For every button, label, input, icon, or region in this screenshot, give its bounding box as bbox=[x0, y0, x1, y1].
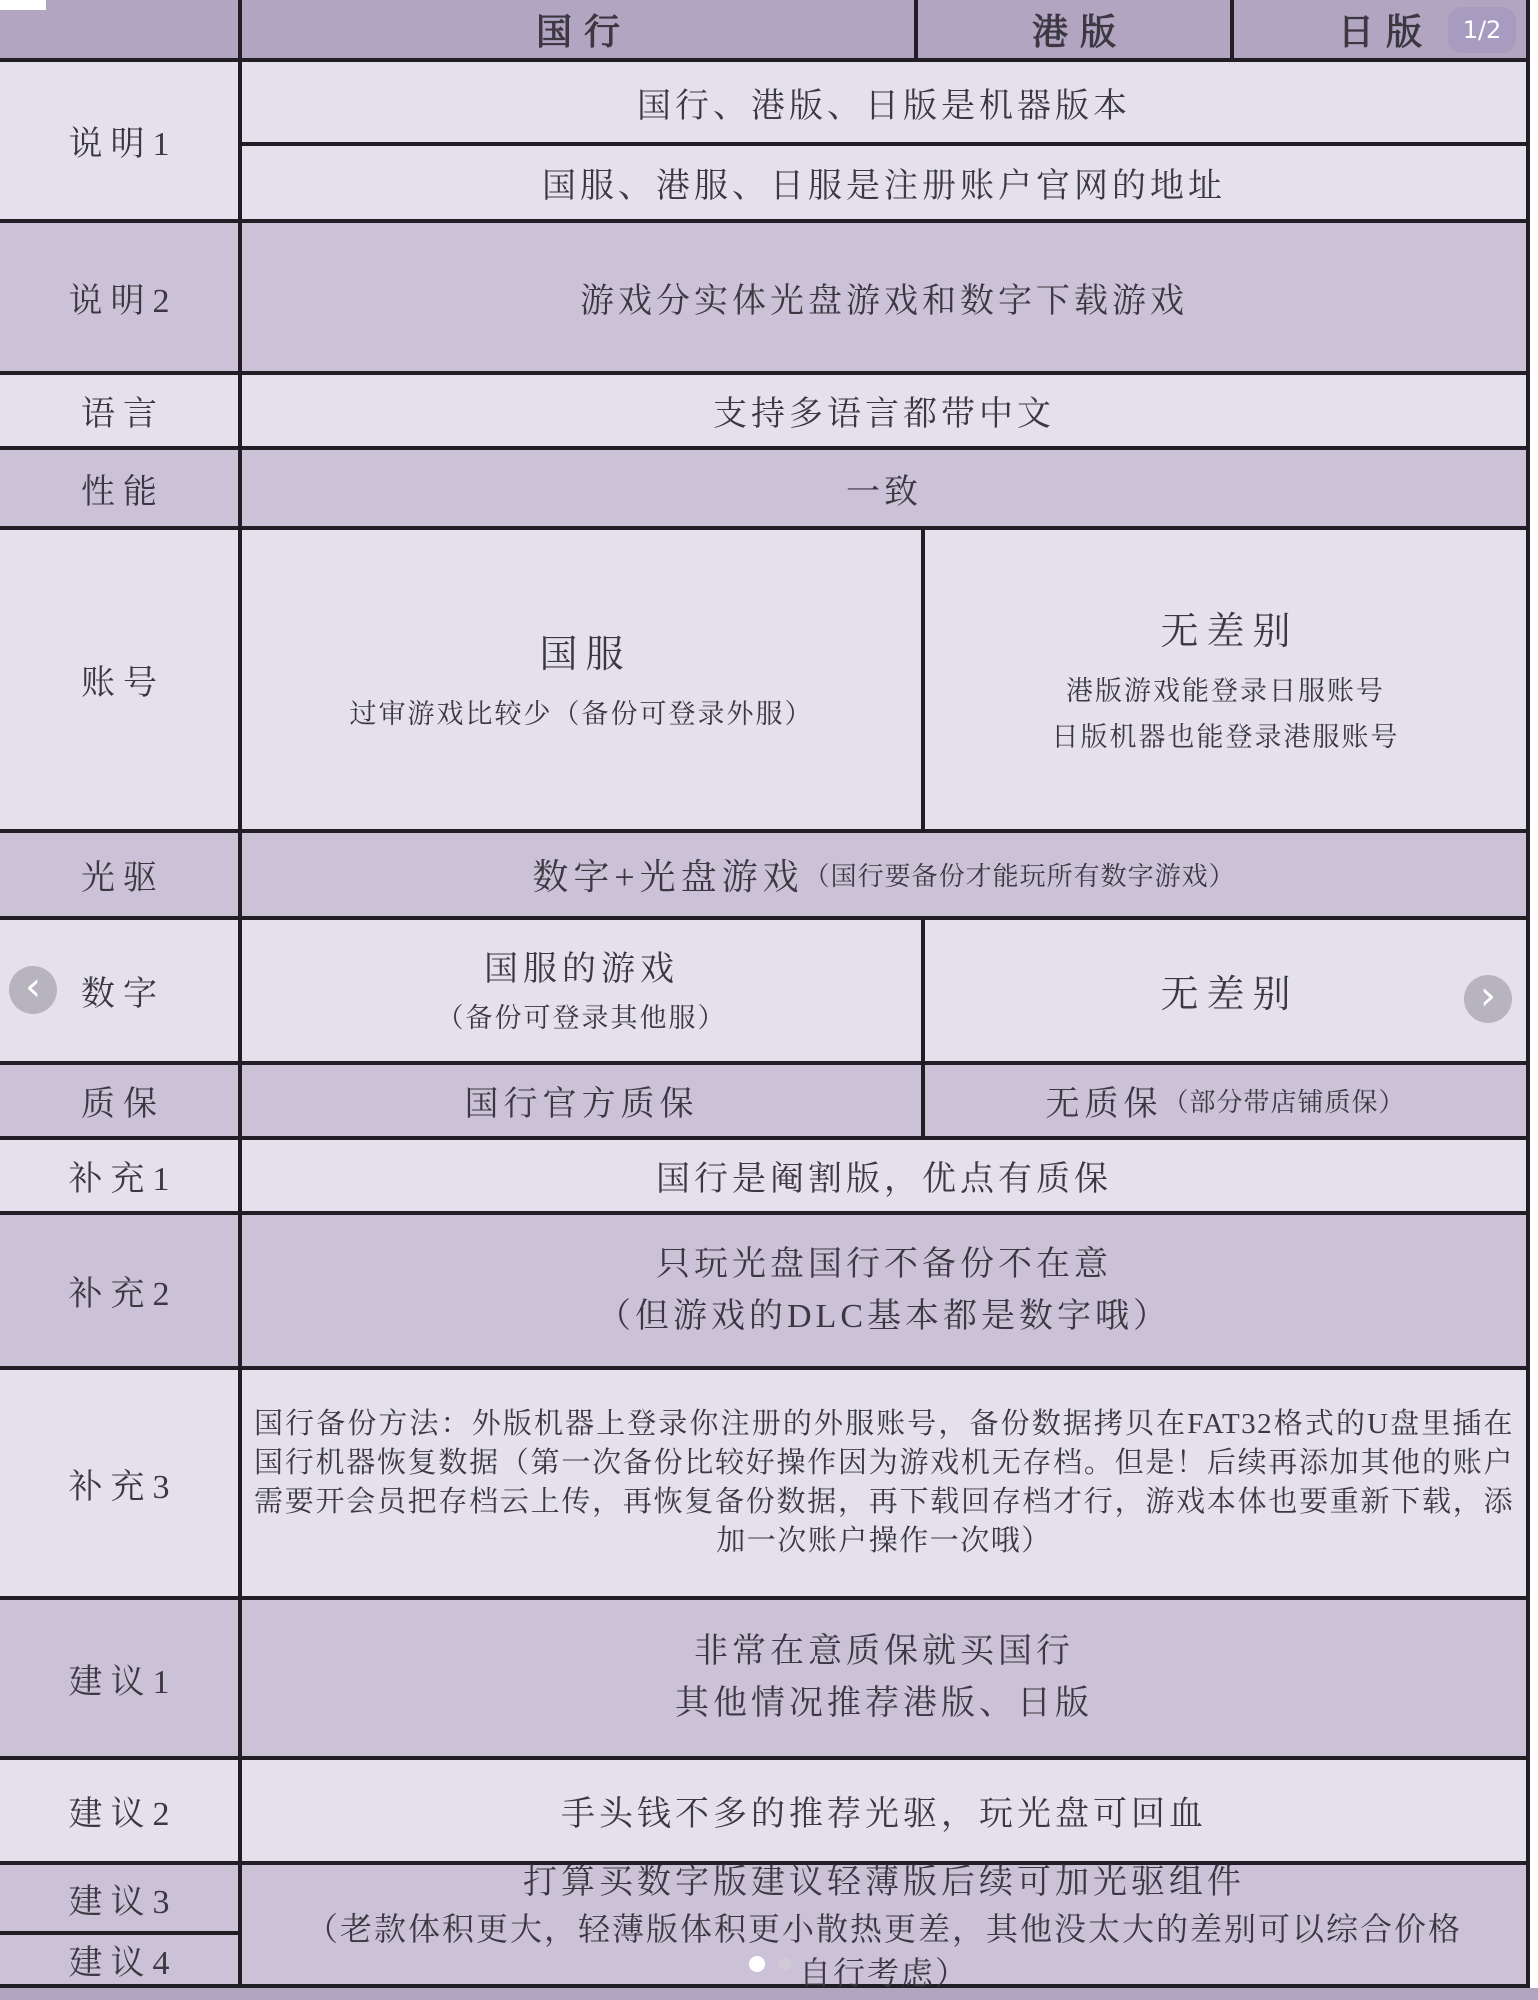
zhanghao-cn-title: 国服 bbox=[531, 623, 631, 678]
page-indicator-badge: 1/2 bbox=[1448, 7, 1516, 53]
carousel-dot-current[interactable] bbox=[749, 1956, 765, 1972]
chevron-left-icon: ‹ bbox=[25, 965, 41, 1009]
zhibao-other-cell: 无质保 （部分带店铺质保） bbox=[925, 1065, 1526, 1136]
table-header-row: 国行 港版 日版 bbox=[0, 0, 1526, 62]
row-zhibao: 质保 国行官方质保 无质保 （部分带店铺质保） bbox=[0, 1065, 1526, 1140]
row-label: 建议1 bbox=[0, 1600, 242, 1756]
shuzi-other-cell: 无差别 bbox=[925, 920, 1526, 1061]
buchong2-line2: （但游戏的DLC基本都是数字哦） bbox=[597, 1291, 1171, 1343]
row-label: 说明2 bbox=[0, 223, 242, 371]
row-label: 建议3 bbox=[0, 1865, 238, 1935]
zhibao-cn-cell: 国行官方质保 bbox=[242, 1065, 925, 1136]
zhanghao-other-title: 无差别 bbox=[1152, 600, 1298, 655]
row-jianyi2: 建议2 手头钱不多的推荐光驱，玩光盘可回血 bbox=[0, 1760, 1526, 1865]
row-buchong2: 补充2 只玩光盘国行不备份不在意 （但游戏的DLC基本都是数字哦） bbox=[0, 1215, 1526, 1370]
row-label: 补充2 bbox=[0, 1215, 242, 1366]
comparison-table: 国行 港版 日版 说明1 国行、港版、日版是机器版本 国服、港服、日服是注册账户… bbox=[0, 0, 1530, 1988]
jianyi1-line2: 其他情况推荐港版、日版 bbox=[675, 1678, 1093, 1730]
shuoming1-line2: 国服、港服、日服是注册账户官网的地址 bbox=[242, 146, 1526, 219]
jianyi2-text: 手头钱不多的推荐光驱，玩光盘可回血 bbox=[242, 1760, 1526, 1861]
row-zhanghao: 账号 国服 过审游戏比较少（备份可登录外服） 无差别 港版游戏能登录日服账号 日… bbox=[0, 530, 1526, 833]
buchong2-line1: 只玩光盘国行不备份不在意 bbox=[656, 1239, 1112, 1291]
row-xingneng: 性能 一致 bbox=[0, 450, 1526, 530]
zhanghao-cn-sub: 过审游戏比较少（备份可登录外服） bbox=[350, 692, 814, 736]
guangqu-text: 数字+光盘游戏 bbox=[532, 849, 803, 900]
carousel-prev-button[interactable]: ‹ bbox=[9, 966, 57, 1014]
zhibao-cn-text: 国行官方质保 bbox=[465, 1076, 699, 1125]
buchong1-text: 国行是阉割版，优点有质保 bbox=[242, 1140, 1526, 1211]
table-bottom-strip bbox=[0, 1988, 1538, 2000]
xingneng-text: 一致 bbox=[242, 450, 1526, 526]
guangqu-cell: 数字+光盘游戏 （国行要备份才能玩所有数字游戏） bbox=[242, 833, 1526, 916]
page-corner bbox=[0, 0, 46, 10]
carousel-dot-next[interactable] bbox=[779, 1958, 791, 1970]
zhanghao-other-cell: 无差别 港版游戏能登录日服账号 日版机器也能登录港服账号 bbox=[925, 530, 1526, 829]
shuzi-cn-title: 国服的游戏 bbox=[484, 941, 679, 990]
row-jianyi34: 建议3 建议4 打算买数字版建议轻薄版后续可加光驱组件 （老款体积更大，轻薄版体… bbox=[0, 1865, 1526, 1988]
yuyan-text: 支持多语言都带中文 bbox=[242, 375, 1526, 446]
shuzi-cn-sub: （备份可登录其他服） bbox=[437, 996, 727, 1040]
row-label: 建议2 bbox=[0, 1760, 242, 1861]
row-shuoming2: 说明2 游戏分实体光盘游戏和数字下载游戏 bbox=[0, 223, 1526, 375]
jianyi1-line1: 非常在意质保就买国行 bbox=[694, 1626, 1074, 1678]
buchong3-text: 国行备份方法：外版机器上登录你注册的外服账号，备份数据拷贝在FAT32格式的U盘… bbox=[254, 1405, 1514, 1561]
shuzi-cn-cell: 国服的游戏 （备份可登录其他服） bbox=[242, 920, 925, 1061]
shuoming1-line1: 国行、港版、日版是机器版本 bbox=[242, 62, 1526, 146]
guangqu-note: （国行要备份才能玩所有数字游戏） bbox=[804, 856, 1236, 893]
row-guangqu: 光驱 数字+光盘游戏 （国行要备份才能玩所有数字游戏） bbox=[0, 833, 1526, 920]
row-label: 性能 bbox=[0, 450, 242, 526]
row-label: 账号 bbox=[0, 530, 242, 829]
row-buchong3: 补充3 国行备份方法：外版机器上登录你注册的外服账号，备份数据拷贝在FAT32格… bbox=[0, 1370, 1526, 1600]
row-label: 建议4 bbox=[0, 1935, 238, 1984]
jianyi34-labels: 建议3 建议4 bbox=[0, 1865, 242, 1984]
jianyi34-line1: 打算买数字版建议轻薄版后续可加光驱组件 bbox=[523, 1854, 1245, 1903]
zhanghao-other-line1: 港版游戏能登录日服账号 bbox=[1066, 669, 1385, 713]
zhanghao-cn-cell: 国服 过审游戏比较少（备份可登录外服） bbox=[242, 530, 925, 829]
row-buchong1: 补充1 国行是阉割版，优点有质保 bbox=[0, 1140, 1526, 1215]
row-label: 质保 bbox=[0, 1065, 242, 1136]
carousel-next-button[interactable]: › bbox=[1464, 975, 1512, 1023]
row-label: 说明1 bbox=[0, 62, 242, 219]
header-col-gangban: 港版 bbox=[918, 0, 1234, 58]
row-label: 语言 bbox=[0, 375, 242, 446]
zhanghao-other-line2: 日版机器也能登录港服账号 bbox=[1052, 715, 1400, 759]
row-yuyan: 语言 支持多语言都带中文 bbox=[0, 375, 1526, 450]
row-label: 补充1 bbox=[0, 1140, 242, 1211]
row-label: 补充3 bbox=[0, 1370, 242, 1596]
shuzi-other-text: 无差别 bbox=[1152, 963, 1298, 1018]
row-shuoming1: 说明1 国行、港版、日版是机器版本 国服、港服、日服是注册账户官网的地址 bbox=[0, 62, 1526, 223]
row-jianyi1: 建议1 非常在意质保就买国行 其他情况推荐港版、日版 bbox=[0, 1600, 1526, 1760]
zhibao-other-text: 无质保 bbox=[1045, 1076, 1162, 1125]
jianyi34-line2: （老款体积更大，轻薄版体积更小散热更差，其他没太大的差别可以综合价格自行考虑） bbox=[304, 1907, 1464, 1995]
shuoming2-text: 游戏分实体光盘游戏和数字下载游戏 bbox=[242, 223, 1526, 371]
chevron-right-icon: › bbox=[1480, 974, 1496, 1018]
row-shuzi: 数字 国服的游戏 （备份可登录其他服） 无差别 bbox=[0, 920, 1526, 1065]
row-label: 光驱 bbox=[0, 833, 242, 916]
zhibao-other-note: （部分带店铺质保） bbox=[1162, 1082, 1405, 1119]
header-col-guohang: 国行 bbox=[242, 0, 918, 58]
